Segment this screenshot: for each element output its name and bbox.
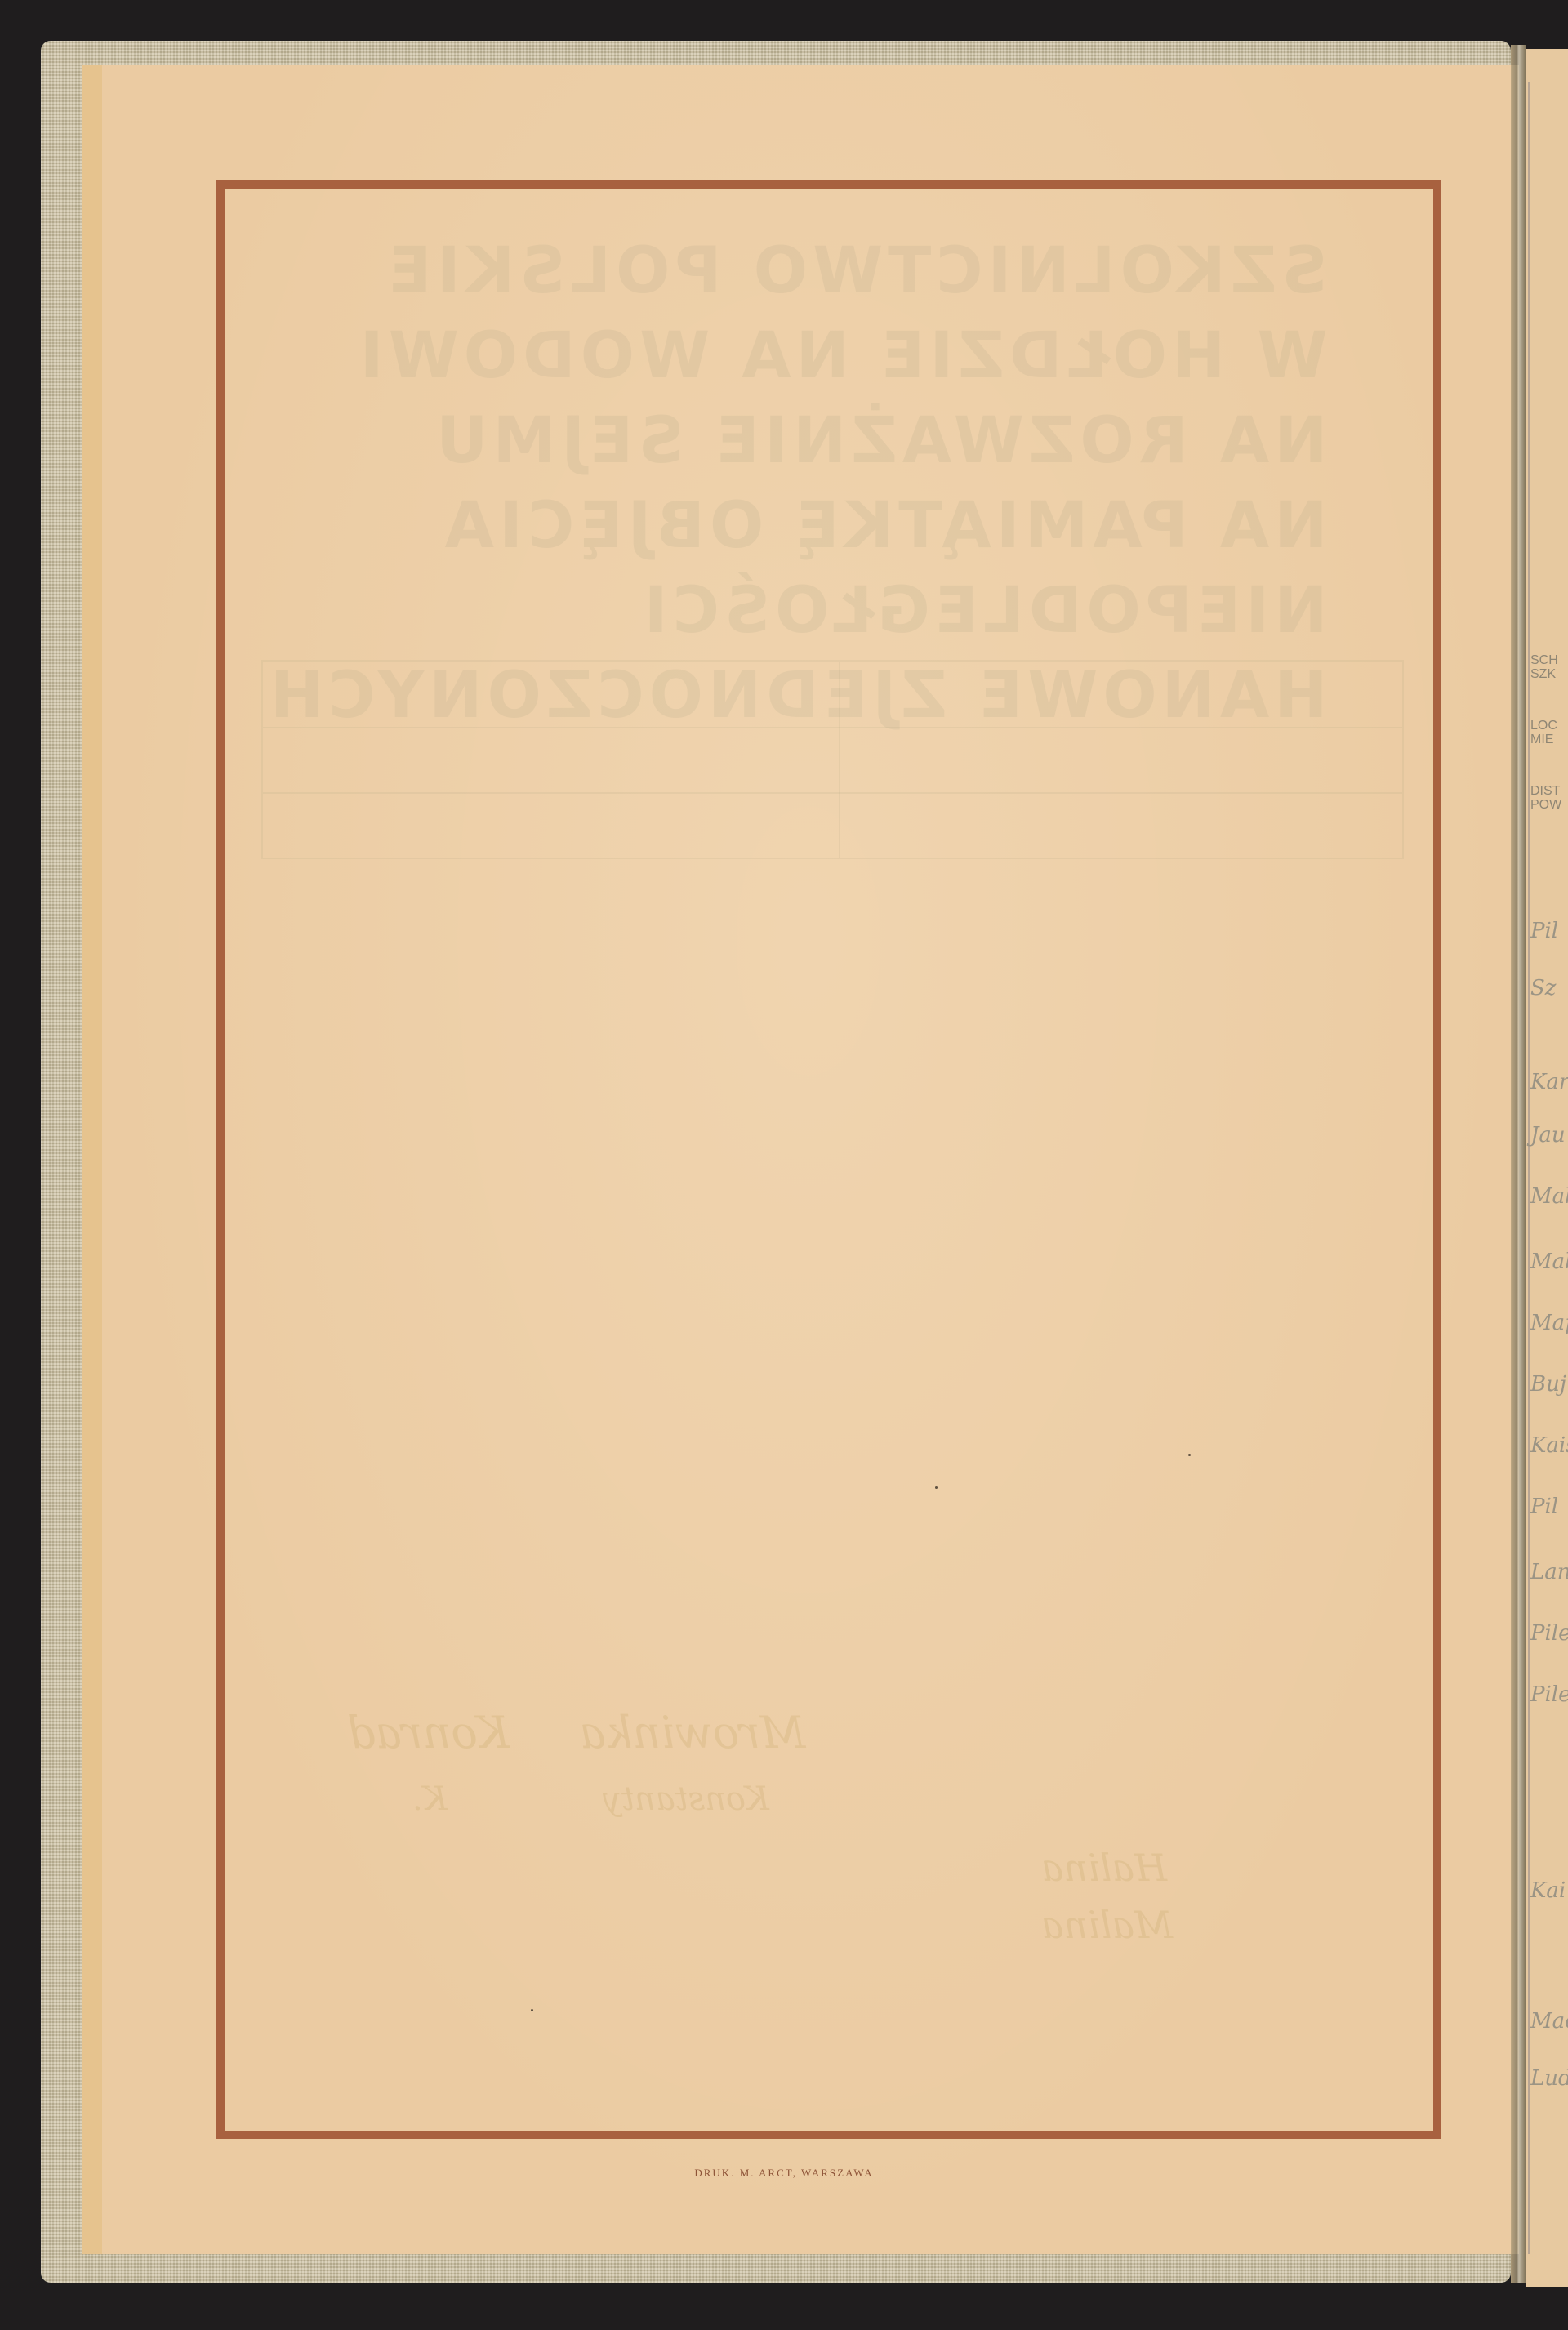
adjacent-handwriting: Pil: [1530, 919, 1558, 943]
printer-imprint: DRUK. M. ARCT, WARSZAWA: [0, 2167, 1568, 2180]
adjacent-handwriting: Map: [1530, 1311, 1568, 1335]
book-gutter: [1511, 45, 1526, 2283]
adjacent-label: POW: [1530, 798, 1561, 812]
adjacent-handwriting: Jau: [1530, 1123, 1566, 1147]
adjacent-handwriting: Pilea: [1530, 1682, 1568, 1707]
adjacent-label: DIST: [1530, 784, 1560, 798]
adjacent-label: SZK: [1530, 667, 1556, 681]
decorative-red-frame: [216, 180, 1441, 2139]
adjacent-label: MIE: [1530, 733, 1553, 746]
adjacent-handwriting: Mac: [1530, 2009, 1568, 2034]
adjacent-label: LOC: [1530, 719, 1557, 733]
adjacent-label: SCH: [1530, 653, 1558, 667]
adjacent-handwriting: Sz: [1530, 976, 1557, 1000]
adjacent-handwriting: Mak: [1530, 1250, 1568, 1274]
adjacent-handwriting: Buj: [1530, 1372, 1566, 1397]
adjacent-handwriting: Pil: [1530, 1495, 1558, 1519]
adjacent-handwriting: Ludk: [1530, 2066, 1568, 2091]
adjacent-handwriting: Kar: [1530, 1070, 1568, 1094]
adjacent-handwriting: Kai: [1530, 1878, 1566, 1903]
adjacent-handwriting: Kais: [1530, 1433, 1568, 1458]
adjacent-handwriting: Maka: [1530, 1184, 1568, 1209]
adjacent-page-border: [1528, 82, 1530, 2254]
adjacent-handwriting: Lan: [1530, 1560, 1568, 1584]
adjacent-page: SCH SZK LOC MIE DIST POW Pil Sz Kar Jau …: [1526, 49, 1568, 2287]
adjacent-handwriting: Pile: [1530, 1621, 1568, 1646]
